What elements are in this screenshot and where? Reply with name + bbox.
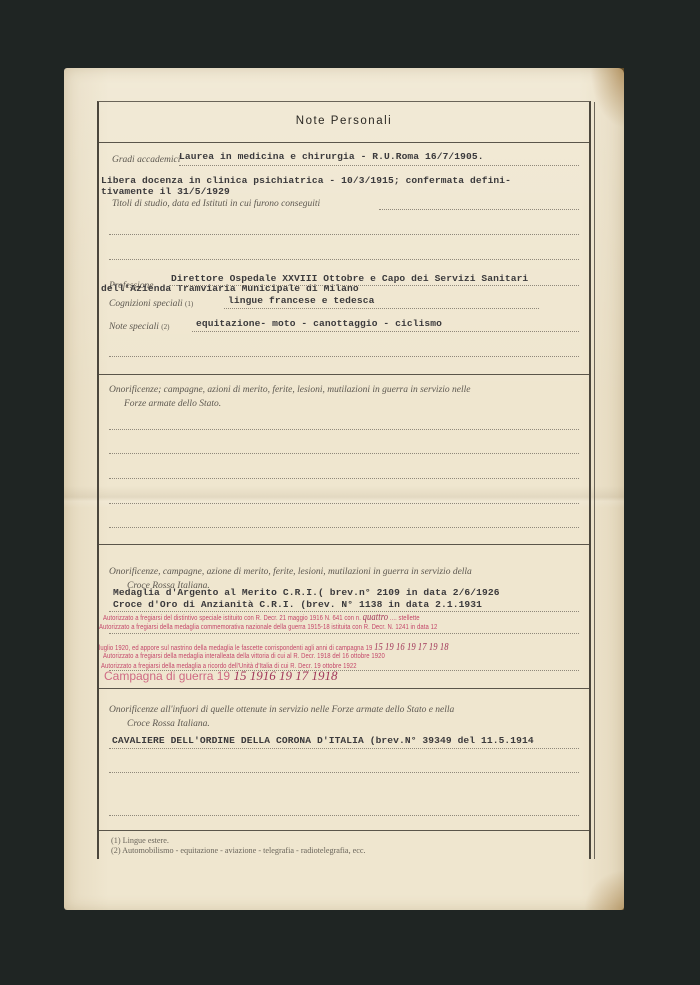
cri-typed-line-1: Medaglia d'Argento al Merito C.R.I.( bre… [113,587,500,598]
field-line [224,308,539,309]
stain [584,870,624,910]
field-line [109,234,579,235]
altre-label-1: Onorificenze all'infuori di quelle otten… [109,705,454,715]
gradi-label: Gradi accademici [112,155,180,165]
field-line [109,429,579,430]
note-speciali-value: equitazione- moto - canottaggio - ciclis… [196,318,442,329]
field-line [379,209,579,210]
stamp-text: Autorizzato a fregiarsi del distintivo s… [103,613,361,622]
field-line [179,165,579,166]
field-line [109,815,579,816]
docenza-line-1: Libera docenza in clinica psichiatrica -… [101,175,511,186]
handwritten-years: 15 19 16 19 17 19 18 [374,641,448,653]
stamp-campagna: Campagna di guerra 19 15 1916 19 17 1918 [104,668,337,684]
divider [99,374,589,375]
divider [99,688,589,689]
note-label-text: Note speciali [109,322,159,332]
footnote-1: (1) Lingue estere. [111,836,169,845]
divider [99,142,589,143]
stain [590,68,624,128]
cri-typed-line-2: Croce d'Oro di Anzianità C.R.I. (brev. N… [113,599,482,610]
field-line [109,772,579,773]
cri-label-1: Onorificenze, campagne, azione di merito… [109,567,472,577]
note-speciali-label: Note speciali (2) [109,322,169,332]
footnote-ref: (1) [185,300,193,308]
cognizioni-label: Cognizioni speciali (1) [109,299,193,309]
gradi-value: Laurea in medicina e chirurgia - R.U.Rom… [179,151,484,162]
divider [99,544,589,545]
forze-armate-label-1: Onorificenze; campagne, azioni di merito… [109,385,471,395]
field-line [109,527,579,528]
field-line [109,259,579,260]
titoli-label: Titoli di studio, data ed Istituti in cu… [112,199,320,209]
stamp-medaglia-interalleata: Autorizzato a fregiarsi della medaglia i… [103,651,385,660]
altre-label-2: Croce Rossa Italiana. [127,719,210,729]
field-line [109,503,579,504]
altre-typed-line-1: CAVALIERE DELL'ORDINE DELLA CORONA D'ITA… [112,735,534,746]
stamp-medaglia-commemorativa: Autorizzato a fregiarsi della medaglia c… [99,622,437,631]
field-line [109,356,579,357]
docenza-line-2: tivamente il 31/5/1929 [101,186,230,197]
footnote-2: (2) Automobilismo - equitazione - aviazi… [111,846,366,855]
field-line [169,285,579,286]
stamp-suffix: stellette [399,613,420,622]
form-frame: Note Personali Gradi accademici Laurea i… [97,101,591,859]
field-line [109,453,579,454]
field-line [109,478,579,479]
divider [99,830,589,831]
cognizioni-value: lingue francese e tedesca [228,295,374,306]
handwritten-campagna-years: 15 1916 19 17 1918 [233,668,337,683]
page-title: Note Personali [99,115,589,127]
campagna-label: Campagna di guerra 19 [104,669,230,683]
field-line [109,633,579,634]
footnote-ref: (2) [161,323,169,331]
field-line [192,331,579,332]
cognizioni-label-text: Cognizioni speciali [109,299,183,309]
forze-armate-label-2: Forze armate dello Stato. [124,399,221,409]
field-line [109,748,579,749]
document-paper: Note Personali Gradi accademici Laurea i… [64,68,624,910]
